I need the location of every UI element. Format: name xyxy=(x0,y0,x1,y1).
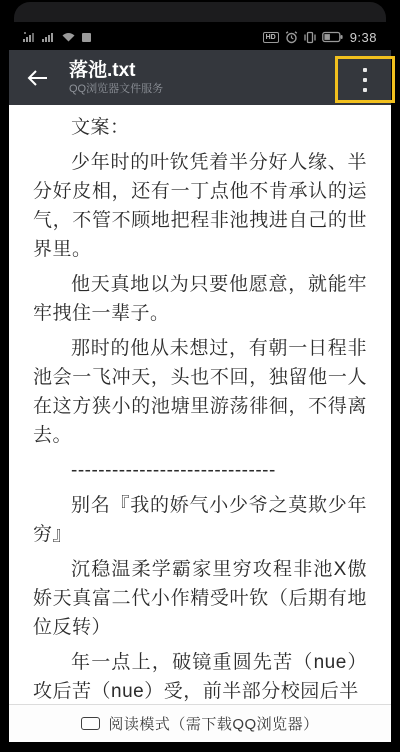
document-paragraph: 他天真地以为只要他愿意，就能牢牢拽住一辈子。 xyxy=(33,270,367,328)
document-paragraph: 少年时的叶钦凭着半分好人缘、半分好皮相，还有一丁点他不肯承认的运气，不管不顾地把… xyxy=(33,148,367,264)
reader-mode-icon xyxy=(81,717,100,730)
arrow-left-icon xyxy=(27,69,49,87)
square-notification-icon xyxy=(82,33,91,42)
vibrate-icon xyxy=(304,31,316,44)
signal-sim2-icon xyxy=(42,31,55,43)
wifi-icon xyxy=(61,31,76,43)
document-paragraph: 文案： xyxy=(33,113,367,142)
kebab-menu-icon[interactable] xyxy=(363,68,367,92)
document-paragraph: 别名『我的娇气小少爷之莫欺少年穷』 xyxy=(33,491,367,549)
reading-mode-button[interactable]: 阅读模式（需下载QQ浏览器） xyxy=(9,704,391,742)
status-left-icons xyxy=(23,31,91,43)
header-titles: 落池.txt QQ浏览器文件服务 xyxy=(69,60,163,96)
more-menu-highlight-box[interactable] xyxy=(335,56,395,103)
reading-mode-label: 阅读模式（需下载QQ浏览器） xyxy=(108,713,318,734)
document-paragraph: 那时的他从未想过，有朝一日程非池会一飞冲天，头也不回，独留他一人在这方狭小的池塘… xyxy=(33,334,367,450)
phone-screen: HD 9:38 xyxy=(9,24,391,742)
status-right-icons: HD 9:38 xyxy=(263,30,377,45)
document-paragraph: ------------------------------ xyxy=(33,456,367,485)
signal-sim1-icon xyxy=(23,31,36,43)
status-time: 9:38 xyxy=(350,30,377,45)
document-paragraph: 年一点上，破镜重圆先苦（nue）攻后苦（nue）受，前半部分校园后半 xyxy=(33,648,367,704)
document-paragraph: 沉稳温柔学霸家里穷攻程非池X傲娇天真富二代小作精受叶钦（后期有地位反转） xyxy=(33,555,367,642)
file-subtitle: QQ浏览器文件服务 xyxy=(69,82,163,96)
status-bar: HD 9:38 xyxy=(9,24,391,50)
app-header: 落池.txt QQ浏览器文件服务 xyxy=(9,50,391,105)
alarm-icon xyxy=(285,31,298,44)
battery-icon xyxy=(322,31,344,43)
document-text-area[interactable]: 文案： 少年时的叶钦凭着半分好人缘、半分好皮相，还有一丁点他不肯承认的运气，不管… xyxy=(9,105,391,704)
back-button[interactable] xyxy=(23,63,53,93)
screen-top-bezel xyxy=(14,2,386,22)
hd-icon: HD xyxy=(263,32,279,43)
file-title: 落池.txt xyxy=(69,60,163,82)
